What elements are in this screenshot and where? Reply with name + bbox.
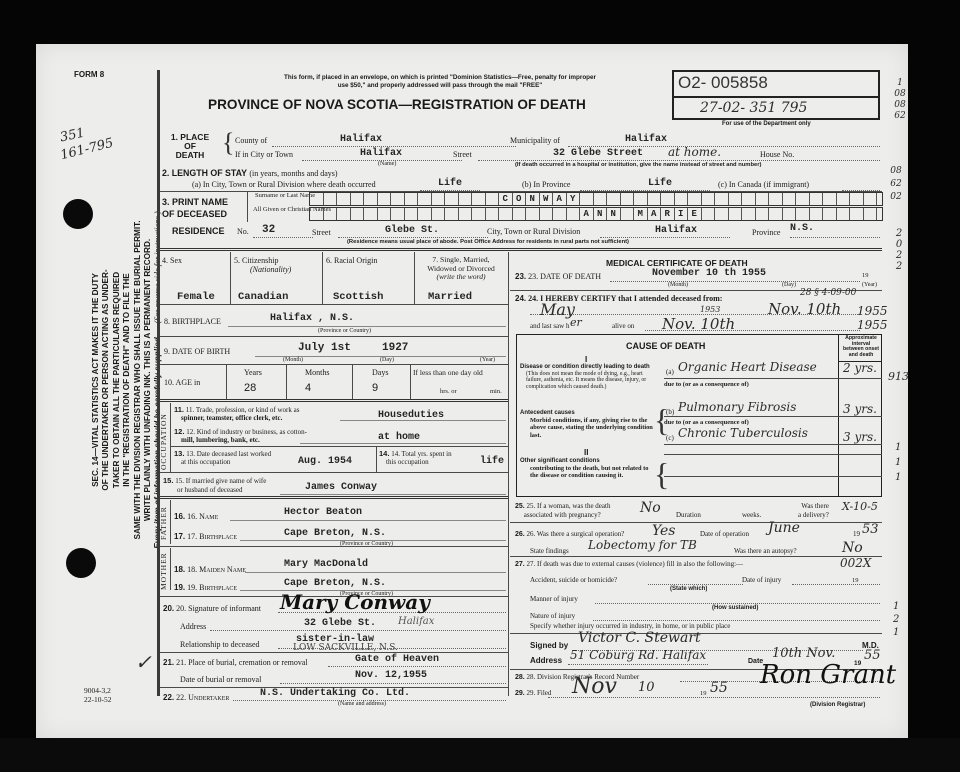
trade-value: Houseduties bbox=[378, 410, 444, 421]
certify-margin: 28 § 4-09-00 bbox=[800, 288, 856, 298]
given-name-boxes: ANNMARIE bbox=[309, 207, 883, 221]
char-box bbox=[864, 193, 878, 205]
filed-month: Nov bbox=[572, 674, 617, 699]
father-birthplace: Cape Breton, N.S. bbox=[284, 528, 386, 539]
registration-number: O2- 005858 bbox=[678, 73, 768, 93]
operation-findings: Lobectomy for TB bbox=[588, 538, 697, 552]
char-box: O bbox=[513, 193, 527, 205]
char-box bbox=[850, 193, 864, 205]
right-margin-notes: 111 bbox=[895, 440, 901, 485]
signed-date: 10th Nov. bbox=[772, 646, 835, 661]
attended-to: Nov. 10th bbox=[768, 300, 841, 318]
char-box bbox=[607, 193, 621, 205]
char-box bbox=[364, 208, 378, 220]
char-box: I bbox=[675, 208, 689, 220]
burial-place-hand: LOW SACKVILLE, N.S. bbox=[293, 643, 398, 653]
cause-c-interval: 3 yrs. bbox=[843, 430, 877, 444]
total-years-value: life bbox=[480, 456, 504, 467]
department-caption: For use of the Department only bbox=[722, 121, 811, 127]
char-box: N bbox=[594, 208, 608, 220]
char-box bbox=[810, 193, 824, 205]
char-box bbox=[337, 193, 351, 205]
operation-date: June bbox=[768, 520, 800, 536]
alive-on: Nov. 10th bbox=[662, 315, 735, 333]
filed-year: 55 bbox=[710, 680, 728, 696]
burial-date: Nov. 12,1955 bbox=[355, 670, 427, 681]
char-box bbox=[472, 193, 486, 205]
char-box bbox=[567, 208, 581, 220]
dob-month-day: July 1st bbox=[298, 342, 351, 354]
autopsy-value: No bbox=[842, 540, 863, 556]
age-months: 4 bbox=[305, 382, 311, 394]
mother-maiden-name: Mary MacDonald bbox=[284, 559, 368, 570]
father-name: Hector Beaton bbox=[284, 507, 362, 518]
right-margin-notes: 2022 bbox=[892, 228, 906, 272]
char-box bbox=[850, 208, 864, 220]
char-box bbox=[445, 193, 459, 205]
age-days: 9 bbox=[372, 382, 378, 394]
sex-value: Female bbox=[177, 291, 215, 303]
street-note: at home. bbox=[668, 145, 721, 159]
cause-b-interval: 3 yrs. bbox=[843, 402, 877, 416]
cause-a: Organic Heart Disease bbox=[678, 360, 817, 374]
char-box bbox=[499, 208, 513, 220]
char-box bbox=[729, 193, 743, 205]
birthplace-value: Halifax , N.S. bbox=[270, 313, 354, 324]
char-box bbox=[553, 208, 567, 220]
char-box: Y bbox=[567, 193, 581, 205]
registrar-signature: Ron Grant bbox=[760, 660, 896, 690]
char-box bbox=[729, 208, 743, 220]
char-box: E bbox=[688, 208, 702, 220]
physician-signature: Victor C. Stewart bbox=[578, 630, 701, 646]
char-box bbox=[715, 208, 729, 220]
operation-value: Yes bbox=[652, 523, 676, 539]
char-box bbox=[459, 208, 473, 220]
char-box bbox=[391, 193, 405, 205]
char-box bbox=[351, 193, 365, 205]
undertaker-value: N.S. Undertaking Co. Ltd. bbox=[260, 688, 410, 699]
external-code: 002X bbox=[840, 556, 871, 570]
char-box bbox=[796, 193, 810, 205]
char-box bbox=[432, 193, 446, 205]
char-box bbox=[837, 208, 851, 220]
char-box bbox=[594, 193, 608, 205]
char-box bbox=[769, 208, 783, 220]
street-value: 32 Glebe Street bbox=[553, 148, 643, 159]
char-box bbox=[675, 193, 689, 205]
char-box: A bbox=[553, 193, 567, 205]
residence-province: N.S. bbox=[790, 223, 814, 234]
char-box bbox=[810, 208, 824, 220]
punch-hole bbox=[63, 199, 93, 229]
char-box bbox=[715, 193, 729, 205]
citizenship-value: Canadian bbox=[238, 291, 288, 303]
cause-b: Pulmonary Fibrosis bbox=[678, 400, 796, 414]
char-box bbox=[405, 208, 419, 220]
handwritten-number: 27-02- 351 795 bbox=[700, 100, 807, 116]
residence-number: 32 bbox=[262, 224, 275, 236]
char-box bbox=[351, 208, 365, 220]
char-box bbox=[378, 208, 392, 220]
char-box bbox=[823, 208, 837, 220]
stay-city-value: Life bbox=[438, 178, 462, 189]
char-box bbox=[310, 208, 324, 220]
char-box bbox=[459, 193, 473, 205]
spouse-value: James Conway bbox=[305, 482, 377, 493]
length-of-stay-label: 2. LENGTH OF STAY (in years, months and … bbox=[162, 168, 338, 178]
char-box bbox=[418, 208, 432, 220]
char-box bbox=[405, 193, 419, 205]
char-box bbox=[756, 193, 770, 205]
char-box bbox=[688, 193, 702, 205]
char-box bbox=[783, 193, 797, 205]
form-title: PROVINCE OF NOVA SCOTIA—REGISTRATION OF … bbox=[208, 97, 586, 112]
right-margin-notes: 121 bbox=[893, 600, 899, 639]
char-box bbox=[364, 193, 378, 205]
residence-city: Halifax bbox=[655, 225, 697, 236]
char-box bbox=[391, 208, 405, 220]
char-box bbox=[634, 193, 648, 205]
char-box bbox=[823, 193, 837, 205]
burial-place: Gate of Heaven bbox=[355, 654, 439, 665]
char-box: R bbox=[661, 208, 675, 220]
operation-year: 53 bbox=[862, 522, 879, 537]
char-box bbox=[864, 208, 878, 220]
char-box: N bbox=[526, 193, 540, 205]
informant-signature: Mary Conway bbox=[280, 590, 430, 614]
margin-note: 913 bbox=[888, 370, 909, 383]
char-box bbox=[378, 193, 392, 205]
vertical-notice: SEC. 14—VITAL STATISTICS ACT MAKES IT TH… bbox=[91, 100, 164, 660]
char-box bbox=[702, 208, 716, 220]
char-box bbox=[756, 208, 770, 220]
stay-province-value: Life bbox=[648, 178, 672, 189]
char-box bbox=[621, 208, 635, 220]
char-box bbox=[702, 193, 716, 205]
date-of-death: November 10 th 1955 bbox=[652, 268, 766, 279]
form-number: FORM 8 bbox=[74, 70, 104, 79]
county-value: Halifax bbox=[340, 134, 382, 145]
char-box bbox=[769, 193, 783, 205]
char-box bbox=[513, 208, 527, 220]
mother-birthplace: Cape Breton, N.S. bbox=[284, 578, 386, 589]
physician-address: 51 Coburg Rd. Halifax bbox=[570, 648, 706, 662]
marital-status-value: Married bbox=[428, 291, 472, 303]
informant-address-hand: Halifax bbox=[398, 616, 434, 627]
char-box bbox=[472, 208, 486, 220]
char-box: M bbox=[634, 208, 648, 220]
char-box: W bbox=[540, 193, 554, 205]
char-box bbox=[580, 193, 594, 205]
form-border bbox=[157, 70, 160, 696]
informant-address: 32 Glebe St. bbox=[304, 618, 376, 629]
char-box bbox=[526, 208, 540, 220]
char-box bbox=[837, 193, 851, 205]
delivery-margin: X-10-5 bbox=[842, 500, 878, 513]
city-value: Halifax bbox=[360, 148, 402, 159]
char-box bbox=[742, 193, 756, 205]
char-box bbox=[324, 208, 338, 220]
print-code: 9004-3,2 22-10-52 bbox=[84, 686, 112, 704]
surname-boxes: CONWAY bbox=[309, 192, 883, 206]
postal-notice: This form, if placed in an envelope, on … bbox=[225, 74, 655, 90]
char-box bbox=[445, 208, 459, 220]
char-box bbox=[486, 208, 500, 220]
racial-origin-value: Scottish bbox=[333, 291, 383, 303]
char-box: A bbox=[580, 208, 594, 220]
filed-day: 10 bbox=[638, 680, 655, 695]
char-box: C bbox=[499, 193, 513, 205]
char-box bbox=[540, 208, 554, 220]
char-box bbox=[796, 208, 810, 220]
char-box: A bbox=[648, 208, 662, 220]
residence-label: RESIDENCE bbox=[172, 226, 225, 236]
municipality-value: Halifax bbox=[625, 134, 667, 145]
char-box bbox=[486, 193, 500, 205]
char-box bbox=[432, 208, 446, 220]
char-box bbox=[783, 208, 797, 220]
char-box bbox=[661, 193, 675, 205]
scan-background bbox=[0, 738, 960, 772]
char-box bbox=[621, 193, 635, 205]
dob-year: 1927 bbox=[382, 342, 408, 354]
char-box bbox=[418, 193, 432, 205]
last-worked-value: Aug. 1954 bbox=[298, 456, 352, 467]
age-years: 28 bbox=[244, 382, 256, 394]
place-of-death-label: 1. PLACEOFDEATH bbox=[165, 133, 215, 160]
right-margin-notes: 086202 bbox=[886, 165, 906, 204]
industry-value: at home bbox=[378, 432, 420, 443]
char-box bbox=[310, 193, 324, 205]
cause-heading: CAUSE OF DEATH bbox=[626, 341, 705, 351]
cause-a-interval: 2 yrs. bbox=[843, 361, 877, 375]
char-box bbox=[648, 193, 662, 205]
medical-heading: MEDICAL CERTIFICATE OF DEATH bbox=[606, 258, 748, 268]
cause-c: Chronic Tuberculosis bbox=[678, 426, 808, 440]
char-box: N bbox=[607, 208, 621, 220]
right-margin-notes: 1080862 bbox=[890, 78, 910, 122]
char-box bbox=[324, 193, 338, 205]
char-box bbox=[742, 208, 756, 220]
pregnancy-value: No bbox=[640, 500, 661, 516]
char-box bbox=[337, 208, 351, 220]
residence-street: Glebe St. bbox=[385, 225, 439, 236]
print-name-label: 3. PRINT NAMEOF DECEASED bbox=[162, 196, 228, 220]
